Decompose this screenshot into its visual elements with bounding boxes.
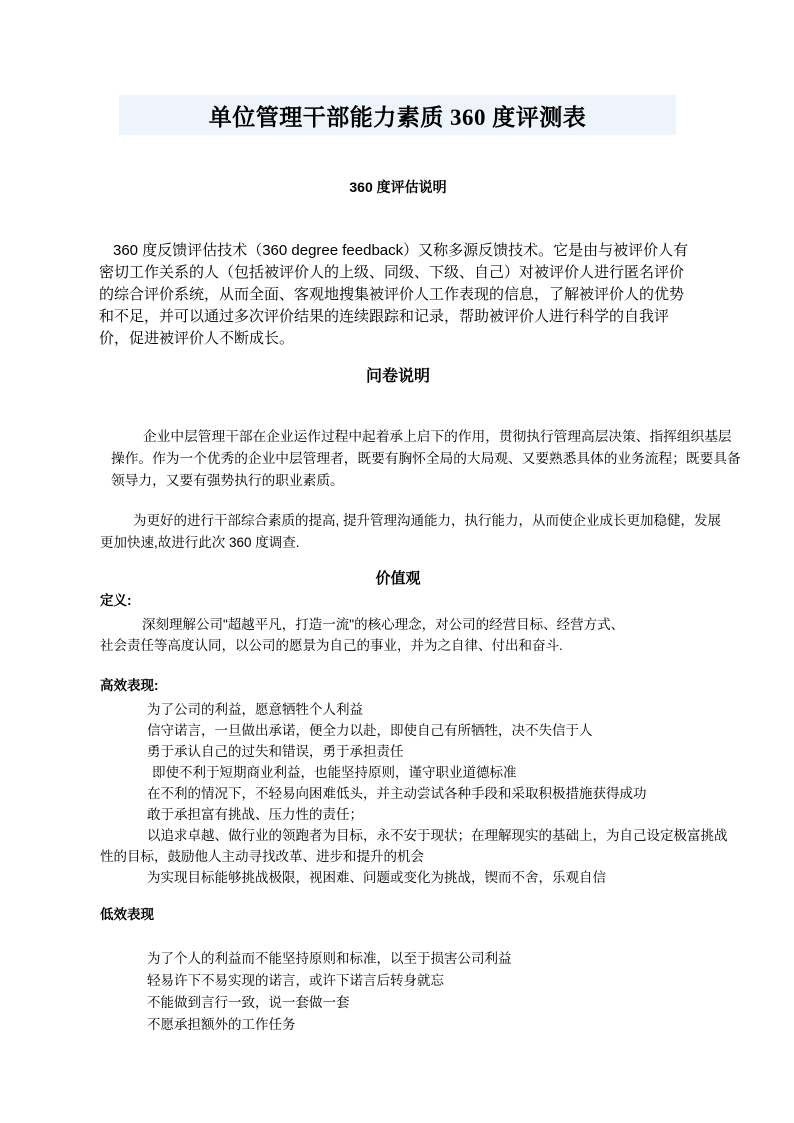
list-item-line: 为了公司的利益，愿意牺牲个人利益 (100, 699, 728, 720)
list-item-line: 不能做到言行一致，说一套做一套 (100, 992, 512, 1014)
paragraph-line: 价，促进被评价人不断成长。 (99, 328, 688, 350)
list-item-line: 轻易许下不易实现的诺言，或许下诺言后转身就忘 (100, 970, 512, 992)
survey-section-heading: 问卷说明 (99, 367, 697, 387)
paragraph-line: 更加快速,故进行此次 360 度调查. (100, 532, 721, 554)
paragraph-line: 360 度反馈评估技术（360 degree feedback）又称多源反馈技术… (99, 240, 688, 262)
intro-section-heading: 360 度评估说明 (99, 178, 697, 196)
values-section-heading: 价值观 (99, 569, 697, 588)
definition-paragraph: 深刻理解公司"超越平凡，打造一流"的核心理念，对公司的经营目标、经营方式、 社会… (100, 614, 624, 656)
ineffective-behaviors-label: 低效表现 (100, 906, 154, 923)
effective-behaviors-label: 高效表现: (100, 677, 159, 694)
list-item-line: 在不利的情况下，不轻易向困难低头，并主动尝试各种手段和采取积极措施获得成功 (100, 783, 728, 804)
paragraph-line: 深刻理解公司"超越平凡，打造一流"的核心理念，对公司的经营目标、经营方式、 (100, 614, 624, 635)
list-item-line: 性的目标，鼓励他人主动寻找改革、进步和提升的机会 (100, 846, 728, 867)
list-item-line: 为实现目标能够挑战极限，视困难、问题或变化为挑战，锲而不舍，乐观自信 (100, 867, 728, 888)
document-page: 单位管理干部能力素质 360 度评测表 360 度评估说明 360 度反馈评估技… (0, 0, 794, 1123)
definition-label: 定义: (100, 592, 132, 609)
paragraph-line: 企业中层管理干部在企业运作过程中起着承上启下的作用，贯彻执行管理高层决策、指挥组… (111, 426, 741, 448)
paragraph-line: 的综合评价系统，从而全面、客观地搜集被评价人工作表现的信息，了解被评价人的优势 (99, 284, 688, 306)
paragraph-line: 密切工作关系的人（包括被评价人的上级、同级、下级、自己）对被评价人进行匿名评价 (99, 262, 688, 284)
paragraph-line: 和不足，并可以通过多次评价结果的连续跟踪和记录，帮助被评价人进行科学的自我评 (99, 306, 688, 328)
list-item-line: 不愿承担额外的工作任务 (100, 1014, 512, 1036)
paragraph-line: 社会责任等高度认同，以公司的愿景为自己的事业，并为之自律、付出和奋斗. (100, 635, 624, 656)
list-item-line: 为了个人的利益而不能坚持原则和标准，以至于损害公司利益 (100, 948, 512, 970)
paragraph-line: 领导力，又要有强势执行的职业素质。 (111, 470, 741, 492)
survey-paragraph: 企业中层管理干部在企业运作过程中起着承上启下的作用，贯彻执行管理高层决策、指挥组… (111, 426, 741, 492)
ineffective-behaviors-list: 为了个人的利益而不能坚持原则和标准，以至于损害公司利益 轻易许下不易实现的诺言，… (100, 948, 512, 1036)
list-item-line: 以追求卓越、做行业的领跑者为目标，永不安于现状；在理解现实的基础上，为自己设定极… (100, 825, 728, 846)
document-title-bar: 单位管理干部能力素质 360 度评测表 (119, 95, 676, 135)
paragraph-line: 为更好的进行干部综合素质的提高, 提升管理沟通能力，执行能力，从而使企业成长更加… (100, 510, 721, 532)
document-title: 单位管理干部能力素质 360 度评测表 (209, 99, 587, 132)
purpose-paragraph: 为更好的进行干部综合素质的提高, 提升管理沟通能力，执行能力，从而使企业成长更加… (100, 510, 721, 554)
paragraph-line: 操作。作为一个优秀的企业中层管理者，既要有胸怀全局的大局观、又要熟悉具体的业务流… (111, 448, 741, 470)
list-item-line: 敢于承担富有挑战、压力性的责任； (100, 804, 728, 825)
list-item-line: 信守诺言，一旦做出承诺，便全力以赴，即使自己有所牺牲，决不失信于人 (100, 720, 728, 741)
list-item-line: 勇于承认自己的过失和错误，勇于承担责任 (100, 741, 728, 762)
list-item-line: 即使不利于短期商业利益，也能坚持原则，谨守职业道德标准 (100, 762, 728, 783)
intro-paragraph: 360 度反馈评估技术（360 degree feedback）又称多源反馈技术… (99, 240, 688, 350)
effective-behaviors-list: 为了公司的利益，愿意牺牲个人利益 信守诺言，一旦做出承诺，便全力以赴，即使自己有… (100, 699, 728, 888)
